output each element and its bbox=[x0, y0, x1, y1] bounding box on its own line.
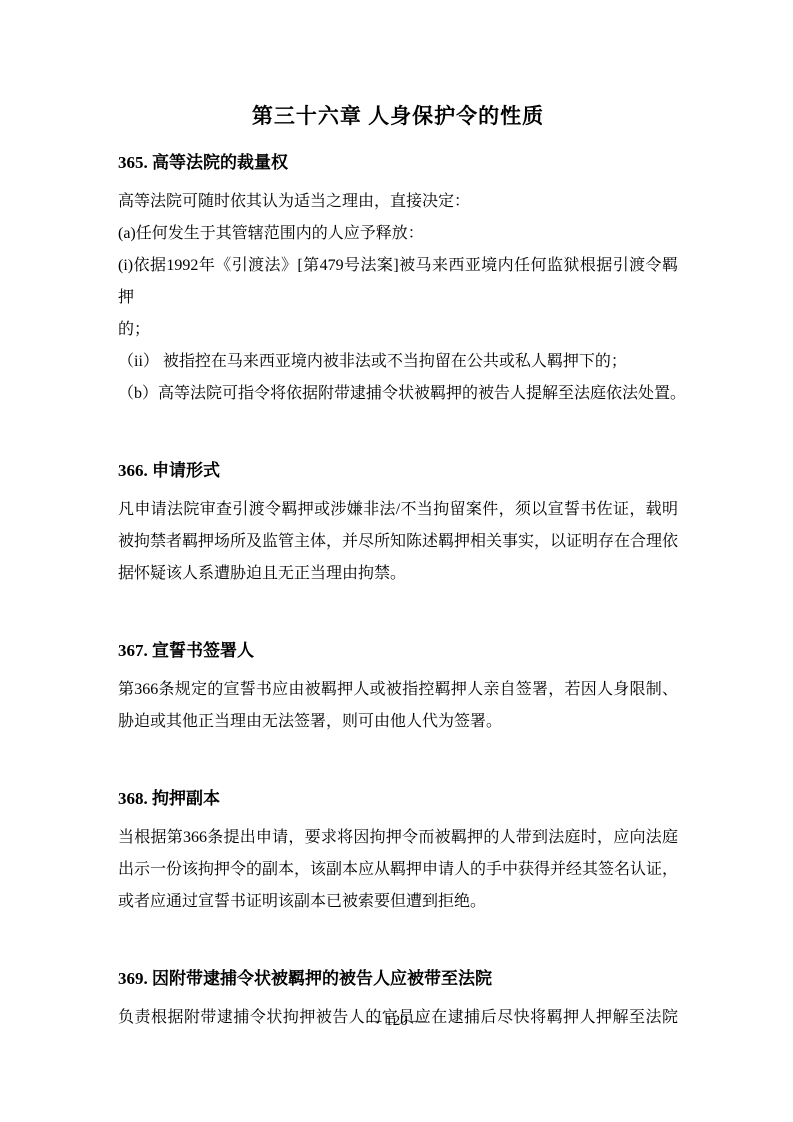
paragraph-line: (a)任何发生于其管辖范围内的人应予释放： bbox=[118, 218, 678, 250]
paragraph-line: 据怀疑该人系遭胁迫且无正当理由拘禁。 bbox=[118, 558, 678, 590]
chapter-title: 第三十六章 人身保护令的性质 bbox=[118, 100, 678, 132]
paragraph-line: 高等法院可随时依其认为适当之理由，直接决定： bbox=[118, 186, 678, 218]
paragraph-line: 当根据第366条提出申请，要求将因拘押令而被羁押的人带到法庭时，应向法庭 bbox=[118, 822, 678, 854]
section-heading: 368. 拘押副本 bbox=[118, 784, 678, 814]
paragraph-line: 被拘禁者羁押场所及监管主体，并尽所知陈述羁押相关事实，以证明存在合理依 bbox=[118, 526, 678, 558]
page-number: — 120 — bbox=[0, 1006, 793, 1036]
paragraph-line: 出示一份该拘押令的副本，该副本应从羁押申请人的手中获得并经其签名认证， bbox=[118, 854, 678, 886]
section-heading: 365. 高等法院的裁量权 bbox=[118, 148, 678, 178]
paragraph-line: （b）高等法院可指令将依据附带逮捕令状被羁押的被告人提解至法庭依法处置。 bbox=[118, 378, 678, 410]
page-content: 第三十六章 人身保护令的性质 365. 高等法院的裁量权 高等法院可随时依其认为… bbox=[118, 100, 678, 1034]
section-heading: 366. 申请形式 bbox=[118, 456, 678, 486]
section-365: 365. 高等法院的裁量权 高等法院可随时依其认为适当之理由，直接决定： (a)… bbox=[118, 148, 678, 410]
paragraph-line: 的； bbox=[118, 314, 678, 346]
section-heading: 369. 因附带逮捕令状被羁押的被告人应被带至法院 bbox=[118, 964, 678, 994]
paragraph-line: 或者应通过宣誓书证明该副本已被索要但遭到拒绝。 bbox=[118, 886, 678, 918]
section-368: 368. 拘押副本 当根据第366条提出申请，要求将因拘押令而被羁押的人带到法庭… bbox=[118, 784, 678, 918]
paragraph-line: 凡申请法院审查引渡令羁押或涉嫌非法/不当拘留案件，须以宣誓书佐证，载明 bbox=[118, 494, 678, 526]
section-heading: 367. 宣誓书签署人 bbox=[118, 636, 678, 666]
section-367: 367. 宣誓书签署人 第366条规定的宣誓书应由被羁押人或被指控羁押人亲自签署… bbox=[118, 636, 678, 738]
paragraph-line: （ii） 被指控在马来西亚境内被非法或不当拘留在公共或私人羁押下的； bbox=[118, 346, 678, 378]
paragraph-line: 第366条规定的宣誓书应由被羁押人或被指控羁押人亲自签署，若因人身限制、 bbox=[118, 674, 678, 706]
paragraph-line: (i)依据1992年《引渡法》[第479号法案]被马来西亚境内任何监狱根据引渡令… bbox=[118, 250, 678, 314]
section-366: 366. 申请形式 凡申请法院审查引渡令羁押或涉嫌非法/不当拘留案件，须以宣誓书… bbox=[118, 456, 678, 590]
document-page: 第三十六章 人身保护令的性质 365. 高等法院的裁量权 高等法院可随时依其认为… bbox=[0, 0, 793, 1122]
paragraph-line: 胁迫或其他正当理由无法签署，则可由他人代为签署。 bbox=[118, 706, 678, 738]
